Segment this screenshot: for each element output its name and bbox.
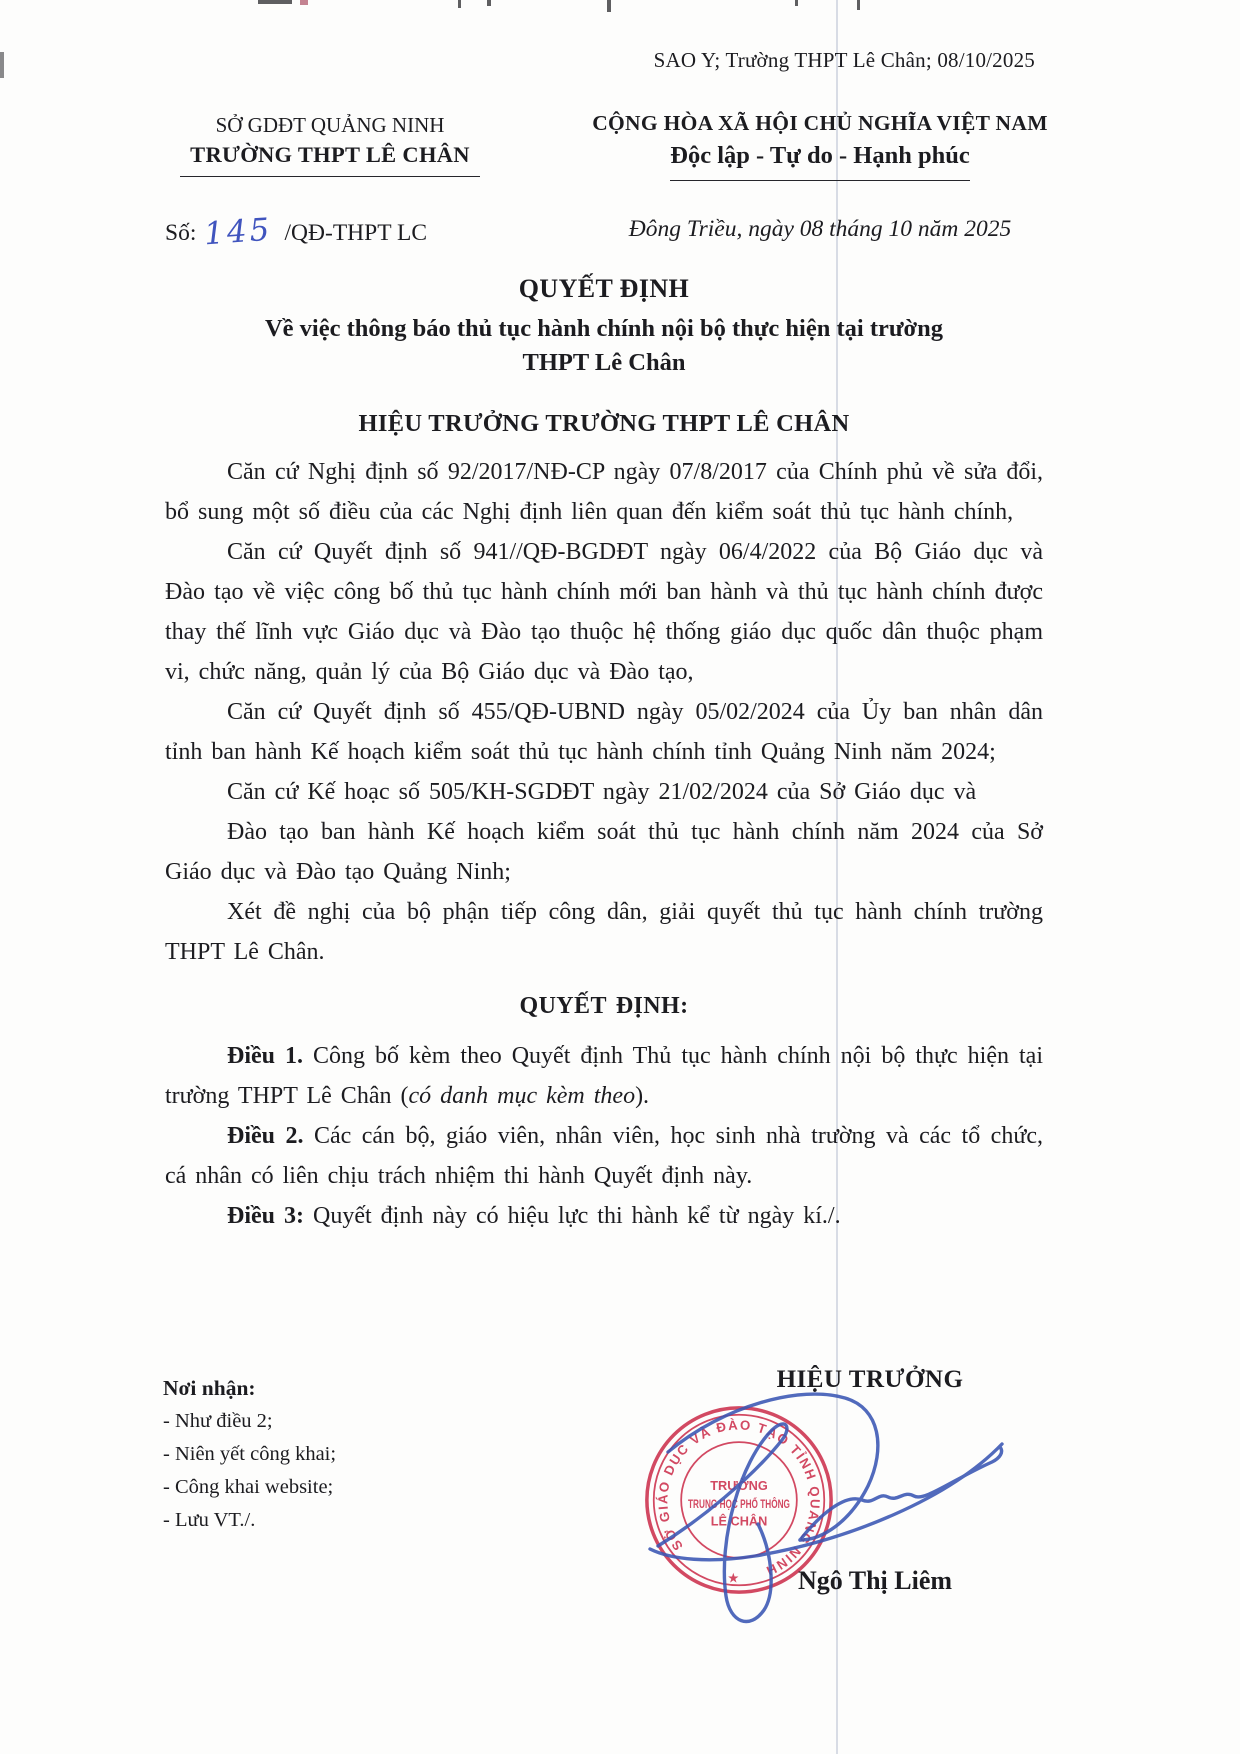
recipient-item: - Lưu VT./. [163, 1504, 336, 1537]
scan-artifact [857, 0, 860, 10]
national-motto-block: CỘNG HÒA XÃ HỘI CHỦ NGHĨA VIỆT NAM Độc l… [565, 110, 1075, 181]
recital-paragraph: Căn cứ Quyết định số 941//QĐ-BGDĐT ngày … [165, 532, 1043, 692]
scan-artifact [458, 0, 461, 8]
underline-rule [670, 180, 970, 181]
article-paragraph: Điều 3: Quyết định này có hiệu lực thi h… [165, 1196, 1043, 1236]
recipient-item: - Như điều 2; [163, 1405, 336, 1438]
underline-rule [180, 176, 480, 177]
number-suffix: /QĐ-THPT LC [285, 220, 428, 246]
scan-artifact [0, 52, 4, 78]
scanned-decision-document: { "doc": { "copy_stamp": "SAO Y; Trường … [0, 0, 1240, 1754]
document-subject-line2: THPT Lê Chân [165, 346, 1043, 380]
scan-artifact [258, 0, 292, 4]
place-dateline: Đông Triều, ngày 08 tháng 10 năm 2025 [565, 216, 1075, 243]
scan-artifact [607, 0, 611, 12]
article-italic-text: có danh mục kèm theo [408, 1083, 635, 1109]
document-body: Căn cứ Nghị định số 92/2017/NĐ-CP ngày 0… [165, 452, 1043, 1236]
signer-name: Ngô Thị Liêm [680, 1566, 1070, 1596]
article-paragraph: Điều 2. Các cán bộ, giáo viên, nhân viên… [165, 1116, 1043, 1196]
handwritten-signature [600, 1250, 1040, 1670]
parent-agency-name: SỞ GDĐT QUẢNG NINH [150, 112, 510, 138]
national-title: CỘNG HÒA XÃ HỘI CHỦ NGHĨA VIỆT NAM [565, 110, 1075, 137]
recipients-block: Nơi nhận: - Như điều 2; - Niên yết công … [163, 1372, 336, 1537]
article-paragraph: Điều 1. Công bố kèm theo Quyết định Thủ … [165, 1036, 1043, 1116]
recipient-item: - Niên yết công khai; [163, 1438, 336, 1471]
authority-heading: HIỆU TRƯỞNG TRƯỜNG THPT LÊ CHÂN [165, 410, 1043, 438]
number-prefix: Số: [165, 220, 196, 246]
document-type-title: QUYẾT ĐỊNH [165, 272, 1043, 306]
school-name: TRƯỜNG THPT LÊ CHÂN [150, 141, 510, 169]
article-text: ). [635, 1083, 649, 1109]
recipients-label: Nơi nhận: [163, 1372, 336, 1405]
article-label: Điều 1. [227, 1043, 303, 1069]
article-label: Điều 2. [227, 1123, 303, 1149]
document-number-line: Số:145/QĐ-THPT LC [165, 212, 427, 248]
recital-paragraph: Xét đề nghị của bộ phận tiếp công dân, g… [165, 892, 1043, 972]
scan-artifact [795, 0, 798, 6]
national-motto: Độc lập - Tự do - Hạnh phúc [565, 141, 1075, 172]
recital-paragraph: Căn cứ Kế hoạc số 505/KH-SGDĐT ngày 21/0… [165, 772, 1043, 812]
document-subject-line1: Về việc thông báo thủ tục hành chính nội… [165, 312, 1043, 346]
title-block: QUYẾT ĐỊNH Về việc thông báo thủ tục hàn… [165, 272, 1043, 380]
recital-paragraph: Đào tạo ban hành Kế hoạch kiểm soát thủ … [165, 812, 1043, 892]
recipient-item: - Công khai website; [163, 1471, 336, 1504]
article-text: Quyết định này có hiệu lực thi hành kể t… [304, 1203, 841, 1229]
article-label: Điều 3: [227, 1203, 304, 1229]
issuing-agency-block: SỞ GDĐT QUẢNG NINH TRƯỜNG THPT LÊ CHÂN [150, 112, 510, 177]
recital-paragraph: Căn cứ Nghị định số 92/2017/NĐ-CP ngày 0… [165, 452, 1043, 532]
handwritten-number: 145 [203, 212, 274, 253]
scan-artifact [300, 0, 308, 5]
decision-heading: QUYẾT ĐỊNH: [165, 986, 1043, 1026]
scan-artifact [487, 0, 491, 6]
signature-icon [600, 1250, 1040, 1670]
recital-paragraph: Căn cứ Quyết định số 455/QĐ-UBND ngày 05… [165, 692, 1043, 772]
certified-copy-line: SAO Y; Trường THPT Lê Chân; 08/10/2025 [654, 48, 1035, 73]
